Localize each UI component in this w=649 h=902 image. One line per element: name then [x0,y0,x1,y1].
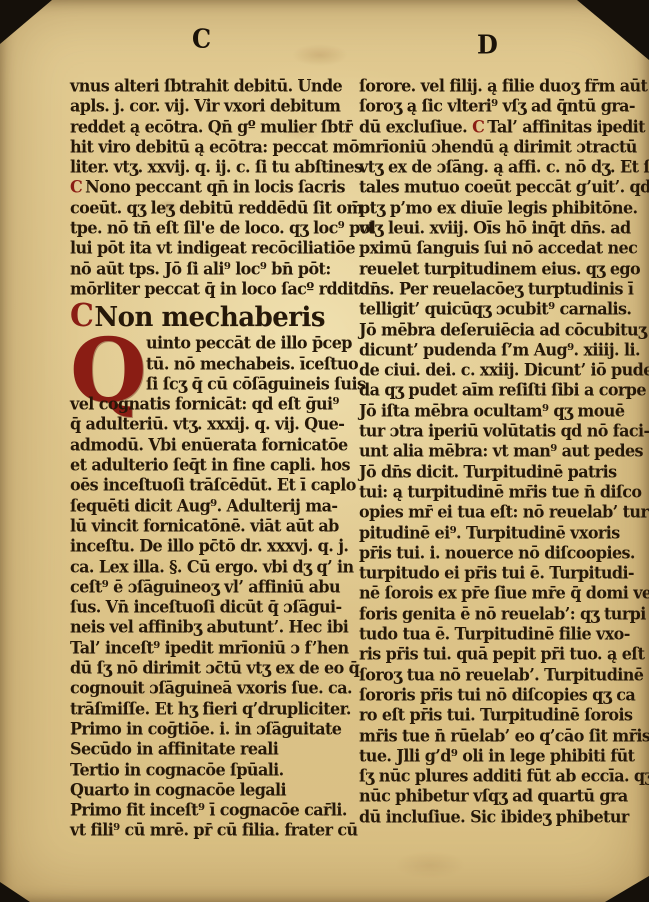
text-line: ſoroʒ ą ſic vlteri⁹ vſʒ ad q̄ntū gra- [359,96,631,117]
text-line: dū incluſiue. Sic ibideʒ phibetur [359,807,631,828]
text-line: tudo tua ē. Turpitudinē filie vxo- [359,624,631,645]
text-line: ſororis pr̄is tui nō diſcopies qʒ ca [359,685,631,706]
paragraph-nono: CNono peccant qn̄ in locis ſacris coeūt.… [70,177,342,299]
text-line: de ciui. dei. c. xxiij. Dicunt’ iō puden… [359,360,631,381]
text-line: pximū ſanguis ſui nō accedat nec [359,238,631,259]
text-line: coeūt. qʒ leʒ debitū reddēdū ſit om̄ [70,198,342,219]
text-line: ptʒ p’mo ex diuīe legis phibitōne. [359,198,631,219]
text-line: hit viro debitū ą ecōtra: peccat mōr [70,137,342,158]
text-line-content: Tal’ affinitas ipedit [487,117,645,137]
text-column-right: ſorore. vel filij. ą filie duoʒ fr̄m aūt… [359,76,631,827]
text-line: telligit’ quicūqʒ ɔcubit⁹ carnalis. [359,299,631,320]
text-line: tue. Jlli g’d⁹ oli in lege phibiti fūt [359,746,631,767]
text-line: Tertio in cognacōe ſpūali. [70,760,342,781]
text-line: ca. Lex illa. §. Cū ergo. vbi dʒ q’ in [70,557,342,578]
text-line: admodū. Vbi enūerata fornicatōe [70,435,342,456]
text-line: dn̄s. Per reuelacōeʒ turptudinis ī [359,279,631,300]
paragraph-quinto-lines: uinto peccāt de illo p̄ceptū. nō mechabe… [70,333,342,840]
paragraph-debitum: vnus alteri ſbtrahit debitū. Undeapls. j… [70,76,342,177]
text-line: vtʒ ex de ɔſāng. ą affi. c. nō dʒ. Et ſi [359,157,631,178]
text-line-content: dū excluſiue. [359,117,467,137]
text-line: ſʒ nūc plures additi fūt ab eccīa. qʒ [359,766,631,787]
paragraph-affinitas: mrīoniū ɔhendū ą dirimit ɔtractūvtʒ ex d… [359,137,631,827]
text-line: tpe. nō tn̄ eſt ſil'e de loco. qʒ loc⁹ p… [70,218,342,239]
text-line: uinto peccāt de illo p̄cep [70,333,342,354]
text-line: reddet ą ecōtra. Qn̄ gº mulier ſbtr̄ [70,117,342,138]
text-line: ſi ſcʒ q̄ cū cōſāguineis ſuis [70,374,342,395]
capitulum-mark-icon: C [70,177,82,197]
scan-corner-shadow-top-right [577,0,649,60]
text-line: opies mr̄ ei tua eſt: nō reuelab’ tur [359,502,631,523]
text-line: Jō dn̄s dicit. Turpitudinē patris [359,462,631,483]
chapter-heading-text: Non mechaberis [94,302,325,334]
text-line: tui: ą turpitudinē mr̄is tue n̄ diſco [359,482,631,503]
signature-letter-right: D [477,29,498,60]
text-line: Tal’ inceſt⁹ ipedit mrīoniū ɔ f’hen [70,638,342,659]
text-line: mr̄is tue n̄ rūelab’ eo q’cāo ſit mr̄is [359,726,631,747]
text-line: ceſt⁹ ē ɔſāguineoʒ vl’ affiniū abu [70,577,342,598]
scan-corner-shadow-bottom-left [0,882,30,902]
text-line: reuelet turpitudinem eius. qʒ ego [359,259,631,280]
text-line: CNono peccant qn̄ in locis ſacris [70,177,342,198]
text-line: tales mutuo coeūt peccāt g’uit’. qd [359,177,631,198]
text-line: mrīoniū ɔhendū ą dirimit ɔtractū [359,137,631,158]
text-line: Secūdo in affinitate reali [70,739,342,760]
text-line: dicunt’ pudenda ſ’m Aug⁹. xiiij. li. [359,340,631,361]
text-line: neis vel affinibʒ abutunt’. Hec ibi [70,617,342,638]
capitulum-mark-icon: C [472,117,484,137]
text-line: vnus alteri ſbtrahit debitū. Unde [70,76,342,97]
scan-corner-shadow-bottom-right [605,876,649,902]
text-line: Jō mēbra deſeruiēcia ad cōcubituʒ [359,320,631,341]
text-line: pr̄is tui. i. nouerce nō diſcoopies. [359,543,631,564]
text-line: nē ſorois ex pr̄e ſiue mr̄e q̄ domi vel [359,583,631,604]
text-line: lū vincit fornicatōnē. viāt aūt ab [70,516,342,537]
text-line: nūc phibetur vſqʒ ad quartū gra [359,786,631,807]
text-line: ſequēti dicit Aug⁹. Adulterij ma- [70,496,342,517]
text-line-with-mark: dū excluſiue. CTal’ affinitas ipedit [359,117,631,138]
scan-corner-shadow-top-left [0,0,52,44]
chapter-heading: CNon mechaberis [70,301,342,335]
text-line: Primo in coḡtiōe. i. in ɔſāguitate [70,719,342,740]
text-line: vt fili⁹ cū mrē. pr̄ cū filia. frater cū [70,820,342,841]
text-line: da qʒ pudet aīm reſiſti ſibi a corpe [359,380,631,401]
text-line: dū ſʒ nō dirimit ɔc̄tū vtʒ ex de eo q̄ [70,658,342,679]
paragraph-sorore-top: ſorore. vel filij. ą filie duoʒ fr̄m aūt… [359,76,631,117]
text-line: mōrliter peccat q̄ in loco ſacº rddit [70,279,342,300]
text-line: pitudinē ei⁹. Turpitudinē vxoris [359,523,631,544]
text-line: cognouit ɔſāguineā vxoris ſue. ca. [70,678,342,699]
text-line: Jō iſta mēbra ocultam⁹ qʒ mouē [359,401,631,422]
text-line: q̄ adulteriū. vtʒ. xxxij. q. vij. Que- [70,414,342,435]
text-line: turpitudo ei pr̄is tui ē. Turpitudi- [359,563,631,584]
signature-letter-left: C [192,23,211,54]
paragraph-nono-lines: coeūt. qʒ leʒ debitū reddēdū ſit om̄tpe.… [70,198,342,299]
text-column-left: vnus alteri ſbtrahit debitū. Undeapls. j… [70,76,342,841]
paragraph-quinto: Q uinto peccāt de illo p̄ceptū. nō mecha… [70,333,342,840]
text-line: ris pr̄is tui. quā pepit pr̄i tuo. ą eſt [359,644,631,665]
text-line: trāſmiſſe. Et hʒ fieri q’drupliciter. [70,699,342,720]
text-line: vel cognatis fornicāt: qd eſt ḡui⁹ [70,394,342,415]
text-line: unt alia mēbra: vt man⁹ aut pedes [359,441,631,462]
text-line: ſoroʒ tua nō reuelab’. Turpitudinē [359,665,631,686]
capitulum-mark-icon: C [70,298,93,335]
text-line: ſus. Vn̄ inceſtuoſi dicūt q̄ ɔſāgui- [70,597,342,618]
text-line: foris genita ē nō reuelab’: qʒ turpi [359,604,631,625]
text-line: Primo fit inceſt⁹ ī cognacōe car̄li. [70,800,342,821]
text-line: oēs inceſtuoſi trāſcēdūt. Et ī caplo [70,475,342,496]
text-line: Quarto in cognacōe legali [70,780,342,801]
text-line: et adulterio ſeq̄t in fine capli. hos [70,455,342,476]
text-line-content: Nono peccant qn̄ in locis ſacris [85,177,345,197]
text-line: lui pōt ita vt indigeat recōciliatiōe [70,238,342,259]
manuscript-page: C D vnus alteri ſbtrahit debitū. Undeapl… [0,0,649,902]
text-line: nō aūt tps. Jō ſi ali⁹ loc⁹ bn̄ pōt: [70,259,342,280]
text-line: tur ɔtra iperiū volūtatis qd nō faci- [359,421,631,442]
text-line: apls. j. cor. vij. Vir vxori debitum [70,96,342,117]
text-line: ſorore. vel filij. ą filie duoʒ fr̄m aūt [359,76,631,97]
text-line: ro eſt pr̄is tui. Turpitudinē ſorois [359,705,631,726]
text-line: tū. nō mechabeis. īceſtuo [70,354,342,375]
text-line: liter. vtʒ. xxvij. q. ij. c. ſi tu abſti… [70,157,342,178]
text-line: vtʒ leui. xviij. Oīs hō inq̄t dn̄s. ad [359,218,631,239]
text-line: inceſtu. De illo pc̄tō dr. xxxvj. q. j. [70,536,342,557]
